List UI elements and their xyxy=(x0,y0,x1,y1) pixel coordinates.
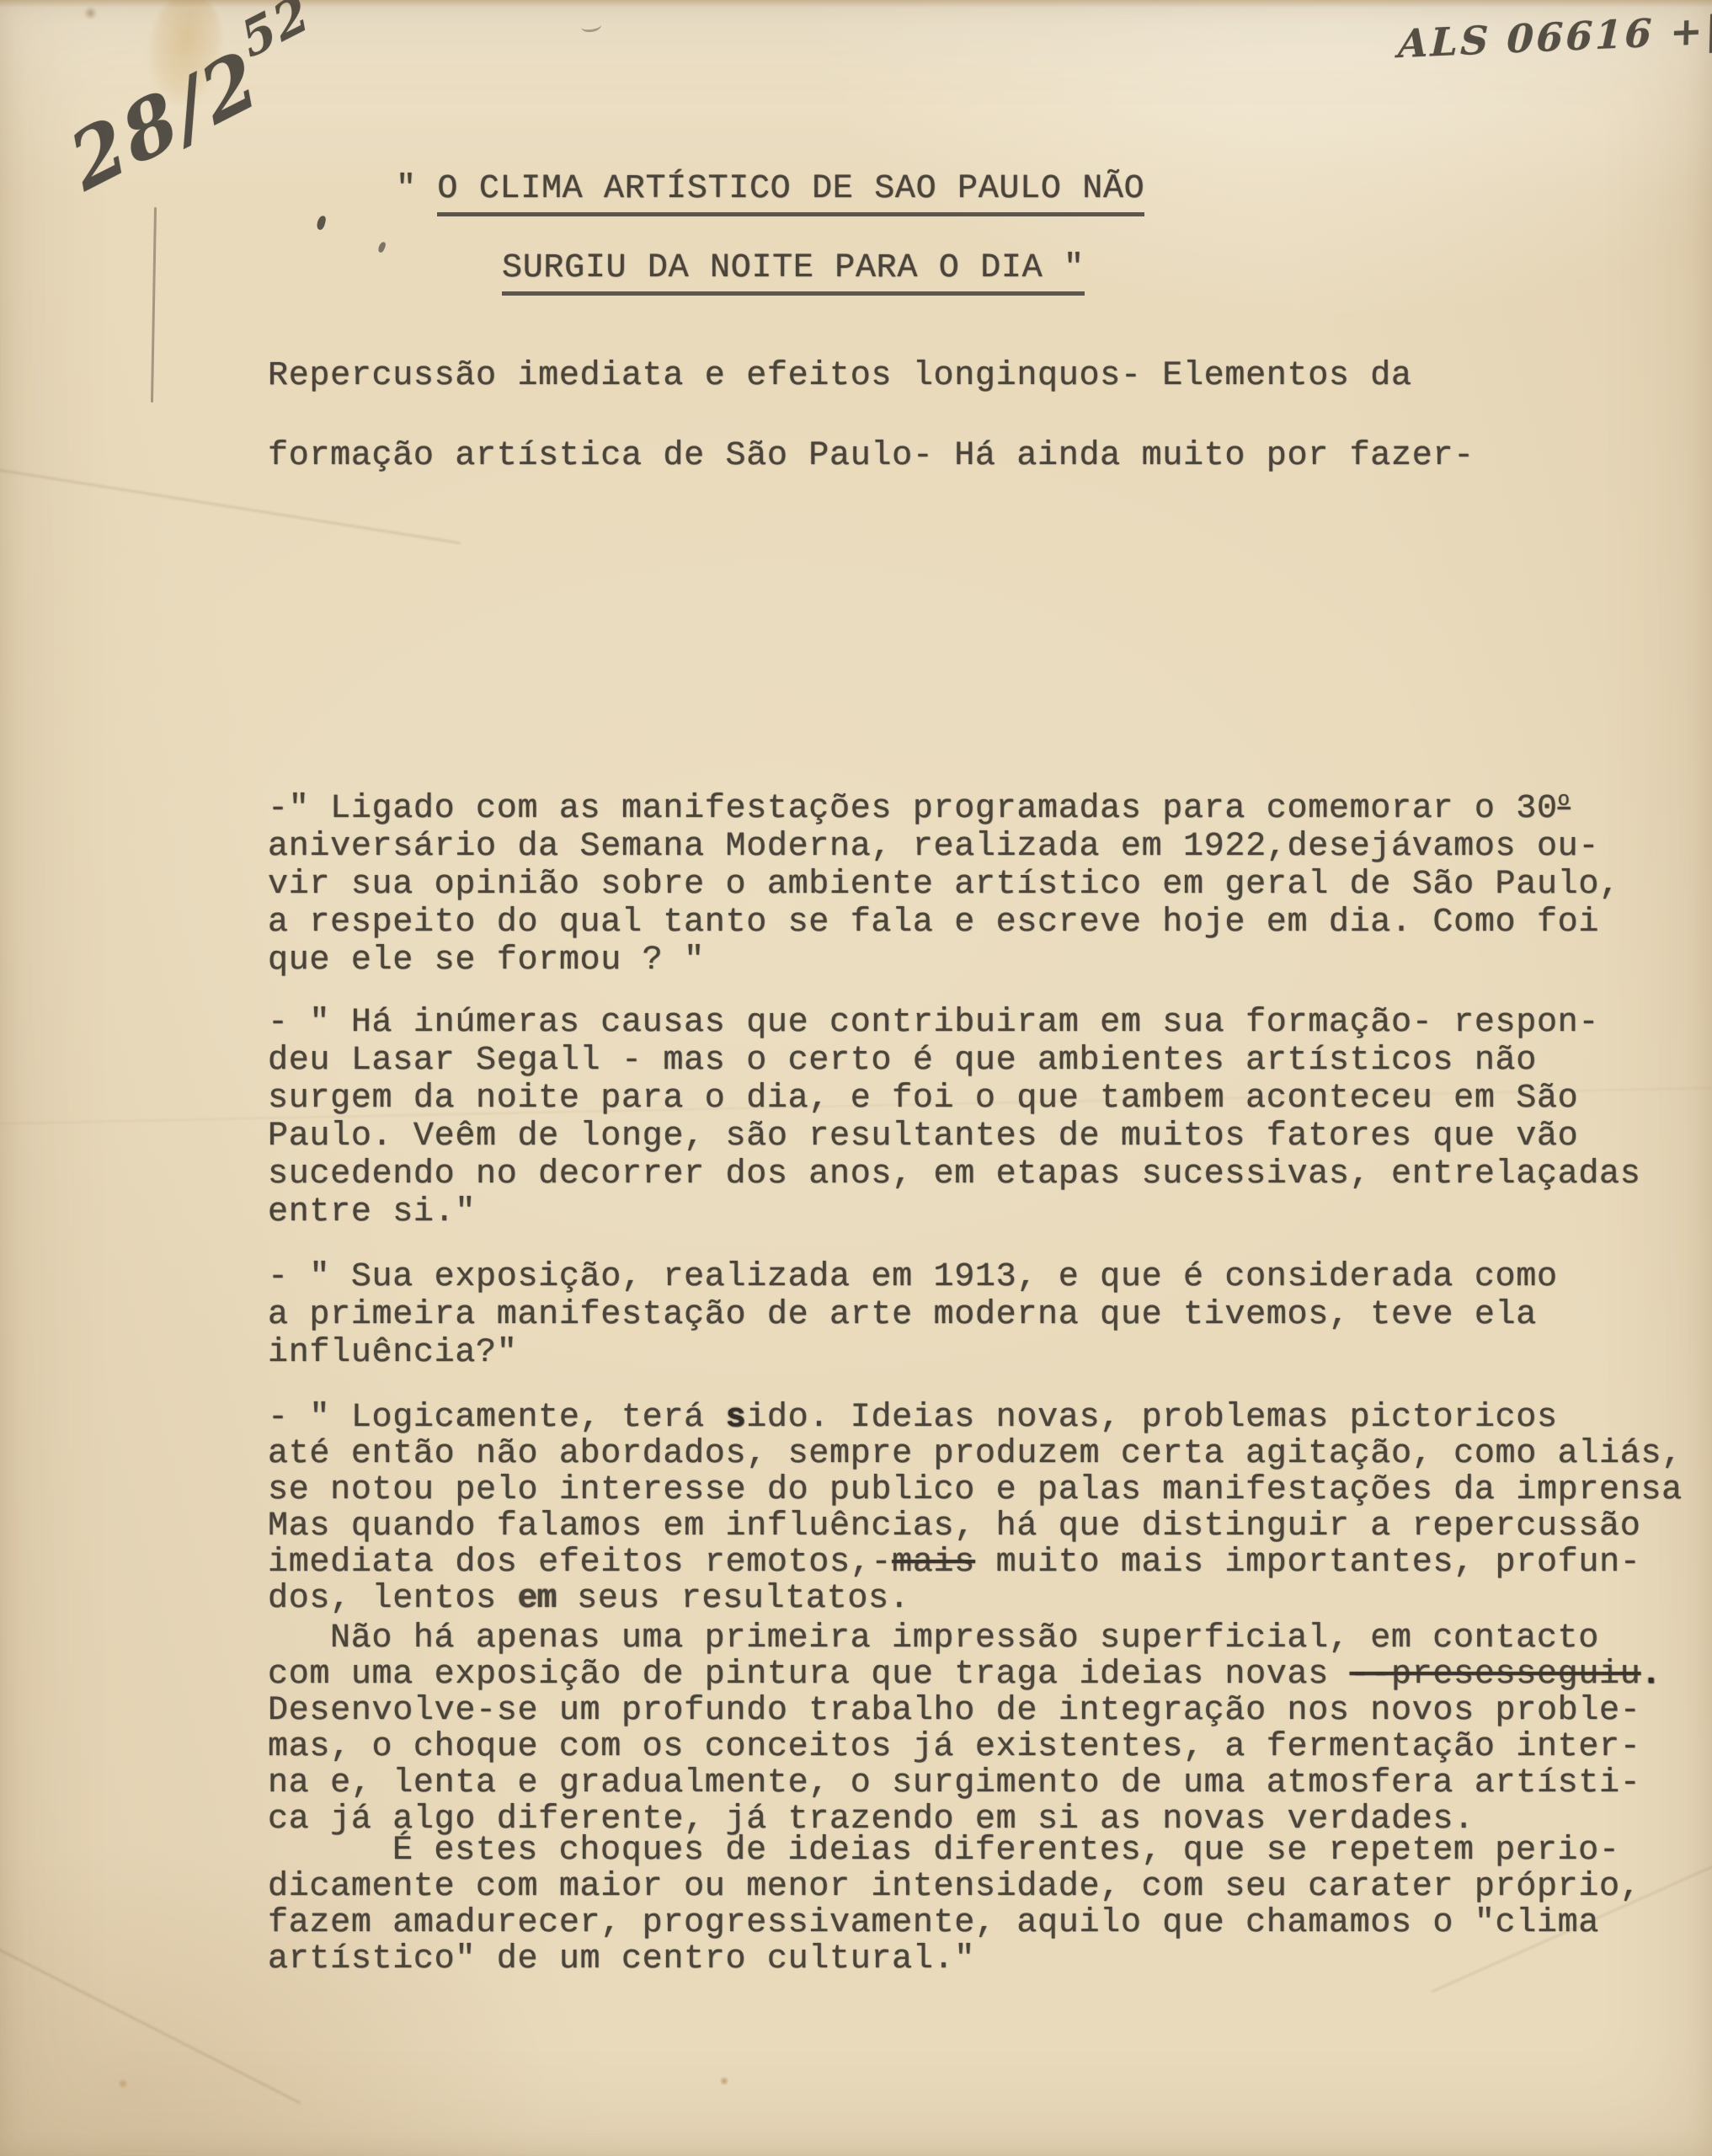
text-line: a primeira manifestação de arte moderna … xyxy=(268,1296,1558,1334)
ink-fleck xyxy=(316,215,327,231)
text-line: que ele se formou ? " xyxy=(268,942,1620,979)
paragraph-3: - " Sua exposição, realizada em 1913, e … xyxy=(268,1258,1558,1372)
title-line-2: SURGIU DA NOITE PARA O DIA " xyxy=(502,249,1085,287)
text-line: até então não abordados, sempre produzem… xyxy=(268,1436,1683,1472)
text-run: imediata dos efeitos remotos,- xyxy=(268,1544,892,1582)
text-run: com uma exposição de pintura que traga i… xyxy=(268,1656,1350,1694)
ink-fleck xyxy=(377,241,387,253)
text-line: entre si." xyxy=(268,1193,1640,1231)
text-run: ido. Ideias novas, problemas pictoricos xyxy=(746,1399,1557,1437)
text-run: seus resultatos. xyxy=(556,1580,909,1618)
text-line: com uma exposição de pintura que traga i… xyxy=(268,1657,1661,1693)
text-line: na e, lenta e gradualmente, o surgimento… xyxy=(268,1765,1661,1801)
paragraph-5: Não há apenas uma primeira impressão sup… xyxy=(268,1620,1661,1838)
document-page: 28/252 ALS 06616 +|2 " O CLIMA ARTÍSTICO… xyxy=(0,0,1712,2156)
catalog-number: ALS 06616 +|2 xyxy=(1397,6,1712,67)
overstruck-letter: s xyxy=(726,1399,747,1437)
text-line: artístico" de um centro cultural." xyxy=(268,1941,1640,1977)
text-line: Não há apenas uma primeira impressão sup… xyxy=(268,1620,1661,1657)
stain-dot xyxy=(83,7,98,19)
text-line: Paulo. Veêm de longe, são resultantes de… xyxy=(268,1118,1640,1155)
paragraph-1: -" Ligado com as manifestações programad… xyxy=(268,782,1620,979)
handwritten-date: 28/2 xyxy=(58,31,272,209)
paragraph-2: - " Há inúmeras causas que contribuiram … xyxy=(268,1004,1640,1231)
text-line: Desenvolve-se um profundo trabalho de in… xyxy=(268,1693,1661,1729)
text-line: -" Ligado com as manifestações programad… xyxy=(268,782,1620,828)
rust-spot xyxy=(118,2079,128,2089)
text-run: muito mais importantes, profun- xyxy=(975,1544,1641,1582)
text-line: dos, lentos em seus resultatos. xyxy=(268,1581,1683,1617)
text-line: se notou pelo interesse do publico e pal… xyxy=(268,1472,1683,1508)
text-line: É estes choques de ideias diferentes, qu… xyxy=(268,1833,1640,1869)
struck-word: mais xyxy=(892,1544,975,1582)
title-line-1-text: O CLIMA ARTÍSTICO DE SAO PAULO NÃO xyxy=(437,170,1144,216)
text-line: a respeito do qual tanto se fala e escre… xyxy=(268,904,1620,942)
title-line-1: " O CLIMA ARTÍSTICO DE SAO PAULO NÃO xyxy=(396,170,1144,208)
paper-crease xyxy=(0,466,461,545)
pencil-check-mark xyxy=(580,19,602,33)
rust-spot xyxy=(720,2076,728,2086)
handwritten-date-note: 28/252 xyxy=(52,0,336,209)
title-line-2-text: SURGIU DA NOITE PARA O DIA " xyxy=(502,249,1085,296)
left-margin-crease xyxy=(151,207,157,403)
subtitle-line-2: formação artística de São Paulo- Há aind… xyxy=(268,437,1475,475)
text-line: mas, o choque com os conceitos já existe… xyxy=(268,1729,1661,1765)
text-line: - " Sua exposição, realizada em 1913, e … xyxy=(268,1258,1558,1296)
text-line: influência?" xyxy=(268,1334,1558,1372)
text-run: - " Logicamente, terá xyxy=(268,1399,726,1437)
text-line: deu Lasar Segall - mas o certo é que amb… xyxy=(268,1042,1640,1080)
text-run: -" Ligado com as manifestações programad… xyxy=(268,790,1558,828)
struck-word: --presesseguiu xyxy=(1350,1656,1641,1694)
text-run: dos, lentos xyxy=(268,1580,517,1618)
text-line: fazem amadurecer, progressivamente, aqui… xyxy=(268,1905,1640,1941)
text-line: aniversário da Semana Moderna, realizada… xyxy=(268,828,1620,866)
overtyped-word: em xyxy=(517,1580,556,1618)
paragraph-6: É estes choques de ideias diferentes, qu… xyxy=(268,1833,1640,1977)
superscript-o: o xyxy=(1558,789,1571,812)
subtitle-line-1: Repercussão imediata e efeitos longinquo… xyxy=(268,357,1412,395)
heavy-period: . xyxy=(1640,1656,1661,1694)
text-line: imediata dos efeitos remotos,-mais muito… xyxy=(268,1545,1683,1581)
text-line: vir sua opinião sobre o ambiente artísti… xyxy=(268,866,1620,904)
text-line: Mas quando falamos em influências, há qu… xyxy=(268,1508,1683,1545)
text-line: - " Há inúmeras causas que contribuiram … xyxy=(268,1004,1640,1042)
title-open-quote: " xyxy=(396,170,437,208)
text-line: - " Logicamente, terá sido. Ideias novas… xyxy=(268,1400,1683,1436)
text-line: sucedendo no decorrer dos anos, em etapa… xyxy=(268,1155,1640,1193)
paragraph-4: - " Logicamente, terá sido. Ideias novas… xyxy=(268,1400,1683,1617)
text-line: surgem da noite para o dia, e foi o que … xyxy=(268,1080,1640,1118)
text-line: dicamente com maior ou menor intensidade… xyxy=(268,1869,1640,1905)
paper-crease xyxy=(0,1938,301,2105)
